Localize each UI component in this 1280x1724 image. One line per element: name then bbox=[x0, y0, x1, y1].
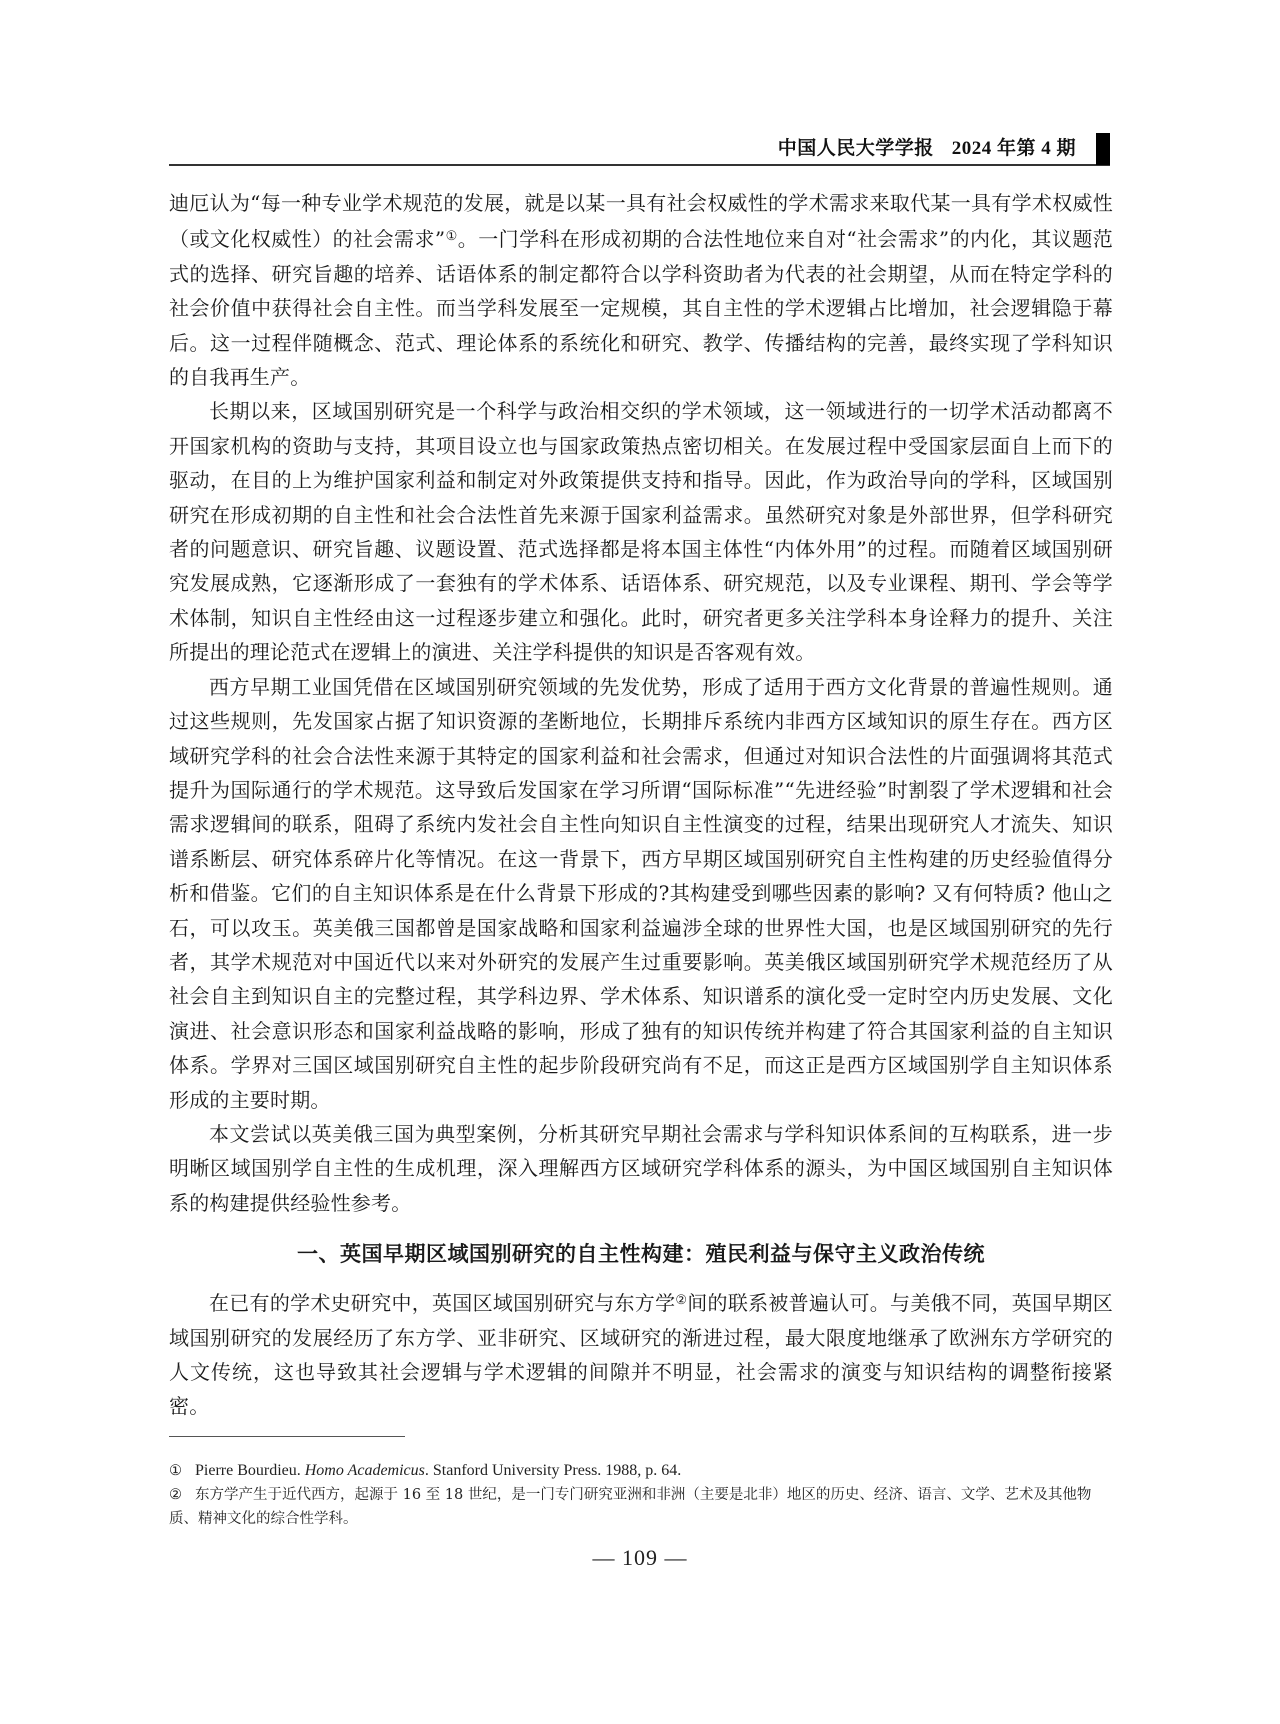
paragraph-4: 本文尝试以英美俄三国为典型案例，分析其研究早期社会需求与学科知识体系间的互构联系… bbox=[169, 1117, 1113, 1220]
footnote-ref-2[interactable]: ② bbox=[675, 1293, 687, 1308]
paragraph-2: 长期以来，区域国别研究是一个科学与政治相交织的学术领域，这一领域进行的一切学术活… bbox=[169, 394, 1113, 669]
footnote-mark: ① bbox=[169, 1459, 195, 1483]
footnote-divider bbox=[169, 1436, 405, 1437]
section-paragraph-1: 在已有的学术史研究中，英国区域国别研究与东方学②间的联系被普遍认可。与美俄不同，… bbox=[169, 1284, 1113, 1424]
running-header: 中国人民大学学报2024 年第 4 期 bbox=[169, 130, 1110, 166]
paragraph-1: 迪厄认为“每一种专业学术规范的发展，就是以某一具有社会权威性的学术需求来取代某一… bbox=[169, 186, 1113, 394]
footnote-2: ②东方学产生于近代西方，起源于 16 至 18 世纪，是一门专门研究亚洲和非洲（… bbox=[169, 1483, 1113, 1531]
footnote-book-title: Homo Academicus bbox=[305, 1462, 425, 1479]
footnote-1: ①Pierre Bourdieu. Homo Academicus. Stanf… bbox=[169, 1459, 1113, 1483]
footnotes: ①Pierre Bourdieu. Homo Academicus. Stanf… bbox=[169, 1459, 1113, 1531]
journal-page: 中国人民大学学报2024 年第 4 期 迪厄认为“每一种专业学术规范的发展，就是… bbox=[0, 0, 1280, 1724]
footnote-author: Pierre Bourdieu. bbox=[195, 1462, 305, 1479]
page-number: — 109 — bbox=[0, 1545, 1280, 1571]
header-black-bar bbox=[1096, 133, 1110, 165]
paragraph-text: 。一门学科在形成初期的合法性地位来自对“社会需求”的内化，其议题范式的选择、研究… bbox=[169, 227, 1113, 389]
journal-title: 中国人民大学学报2024 年第 4 期 bbox=[778, 133, 1076, 160]
footnote-ref-1[interactable]: ① bbox=[445, 229, 457, 244]
paragraph-3: 西方早期工业国凭借在区域国别研究领域的先发优势，形成了适用于西方文化背景的普遍性… bbox=[169, 670, 1113, 1117]
footnote-citation: . Stanford University Press. 1988, p. 64… bbox=[425, 1462, 681, 1479]
journal-name: 中国人民大学学报 bbox=[778, 137, 934, 159]
article-body: 迪厄认为“每一种专业学术规范的发展，就是以某一具有社会权威性的学术需求来取代某一… bbox=[169, 186, 1113, 1424]
section-heading: 一、英国早期区域国别研究的自主性构建：殖民利益与保守主义政治传统 bbox=[169, 1234, 1113, 1274]
footnote-mark: ② bbox=[169, 1483, 195, 1507]
paragraph-text: 在已有的学术史研究中，英国区域国别研究与东方学 bbox=[209, 1291, 675, 1315]
footnote-text: 东方学产生于近代西方，起源于 16 至 18 世纪，是一门专门研究亚洲和非洲（主… bbox=[169, 1487, 1091, 1527]
issue-number: 2024 年第 4 期 bbox=[952, 138, 1076, 159]
